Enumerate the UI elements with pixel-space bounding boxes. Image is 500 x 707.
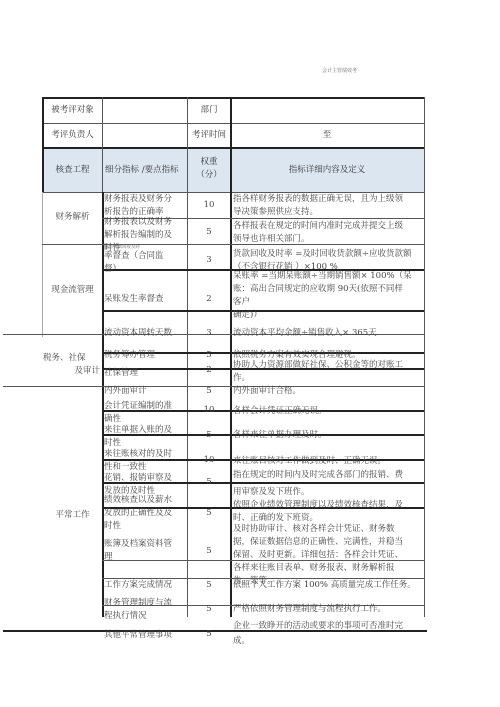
definition-text: 指各样财务报表的数据正确无误，且为上级领导决策参照供应支持。 <box>233 193 403 219</box>
dept-value[interactable] <box>232 104 422 117</box>
definition-text: 各样会计凭证正确无误。 <box>233 405 327 418</box>
definition-text: 严格依照财务管理制度与流程执行工作。 <box>233 603 386 616</box>
category-finance-analysis: 财务解析 <box>43 211 102 224</box>
weight-value: 5 <box>188 507 230 520</box>
weight-value: 5 <box>188 429 230 442</box>
definition-text: 依照个人工作方案 100% 高质量完成工作任务。 <box>233 579 416 592</box>
indicator-text: 呆账发生率督查 <box>104 293 164 306</box>
definition-text: 依照企业绩效管理制度以及绩效核查结果，及时、正确的发下班资。 <box>233 499 403 525</box>
definition-text: 呆账率 =当期呆账额÷当期销售额× 100%（呆账：高出合同规定的应收期 90天… <box>233 270 412 322</box>
indicator-text: 税务筹办管理 <box>104 349 155 362</box>
weight-value: 5 <box>188 579 230 592</box>
indicator-text: 工作方案完成情况 <box>104 579 172 592</box>
definition-text: 各样来往单据办理及时。 <box>233 429 327 442</box>
page-header: 会计主管绩效考 <box>322 67 357 74</box>
weight-value: 5 <box>188 545 230 558</box>
weight-value: 10 <box>188 199 230 212</box>
indicator-text: 来往单据入账的及时性 <box>104 424 172 450</box>
weight-value: 3 <box>188 254 230 267</box>
indicator-text: 流动资本周转天数 <box>104 327 172 340</box>
column-header-category: 核查工程 <box>43 164 102 177</box>
weight-value: 10 <box>188 454 230 467</box>
category-cash-flow: 现金流管理 <box>43 284 102 297</box>
indicator-text: 会计凭证编制的准确性 <box>104 400 172 426</box>
weight-value: 10 <box>188 404 230 417</box>
definition-text: 指在规定的时间内及时完成各部门的报销、费用审察及发下班作。 <box>233 469 403 499</box>
dept-label: 部门 <box>188 104 230 117</box>
category-tax-social-audit: 税务、社保 及审计 <box>43 352 102 378</box>
definition-text: 流动资本平均余额÷销售收入× 365天 <box>233 327 377 340</box>
category-routine-work: 平常工作 <box>43 509 102 522</box>
period-value[interactable]: 至 <box>232 129 422 142</box>
column-header-indicator: 细分指标 /要点指标 <box>105 164 187 177</box>
weight-label: 权重 <box>188 156 230 169</box>
weight-value: 5 <box>188 226 230 239</box>
indicator-text: 社保管理 <box>104 367 138 380</box>
weight-value: 3 <box>188 327 230 340</box>
subject-value[interactable] <box>104 104 186 117</box>
period-label: 考评时间 <box>188 129 230 142</box>
reviewer-value[interactable] <box>104 129 186 142</box>
weight-value: 5 <box>188 349 230 362</box>
definition-text: 企业一致睁开的活动或要求的事项可否准时完成。 <box>233 620 403 648</box>
definition-text: 各样报表在规定的时间内准时完成并提交上级领导也许相关部门。 <box>233 220 403 246</box>
weight-value: 2 <box>188 364 230 377</box>
column-header-definition: 指标详细内容及定义 <box>232 164 422 177</box>
indicator-text: 绩效核查以及薪水发放的正确性及及时性 <box>104 494 172 533</box>
weight-value: 2 <box>188 293 230 306</box>
definition-text: 协助人力资源部做好社保、公积金等的对账工作。 <box>233 359 403 385</box>
column-header-weight: 权重 （分） <box>188 156 230 182</box>
indicator-text: 财务管理制度与流程执行情况 <box>104 597 172 623</box>
weight-value: 5 <box>188 628 230 641</box>
indicator-text: 来往账核对的及时性和一致性 <box>104 448 172 474</box>
indicator-text: 内外面审计 <box>104 385 147 398</box>
weight-value: 5 <box>188 603 230 616</box>
weight-value: 5 <box>188 385 230 398</box>
reviewer-label: 考评负责人 <box>43 129 102 142</box>
indicator-text: 率督查（合同监督） <box>104 250 164 276</box>
definition-text: 内外面审计合格。 <box>233 385 301 398</box>
subject-label: 被考评对象 <box>43 104 102 117</box>
indicator-text: 其他平常管理事项 <box>104 629 172 642</box>
definition-text: 来往账目核对工作做到及时、正确无误。 <box>233 455 386 468</box>
indicator-text: 账簿及档案资料管理 <box>104 538 172 564</box>
weight-value: 5 <box>188 476 230 489</box>
weight-unit: （分） <box>188 169 230 182</box>
